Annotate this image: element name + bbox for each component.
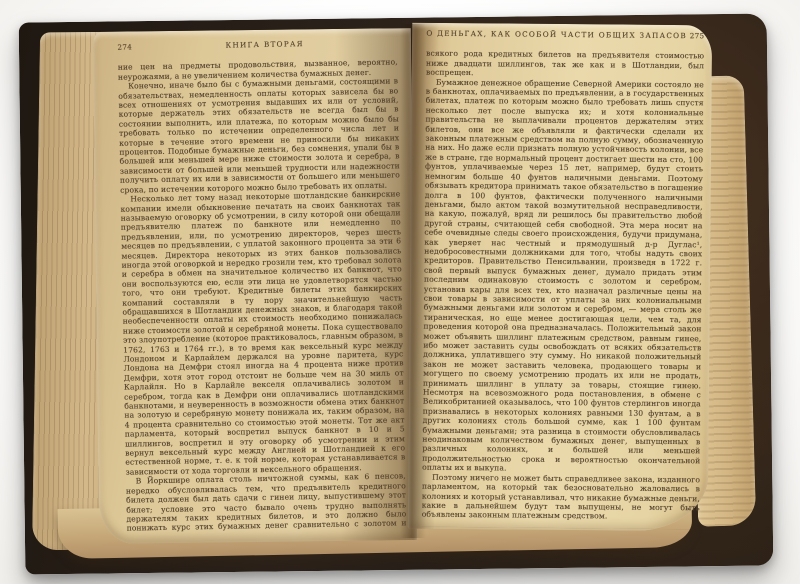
- left-page-text: 274 КНИГА ВТОРАЯ ние цен на предметы про…: [117, 37, 406, 532]
- right-running-head-row: О ДЕНЬГАХ, КАК ОСОБОЙ ЧАСТИ ОБЩИХ ЗАПАСО…: [426, 29, 704, 41]
- body-text-paragraph: Несколько лет тому назад некоторые шотла…: [120, 189, 405, 477]
- body-text-paragraph: Конечно, иначе было бы с бумажными деньг…: [118, 77, 400, 195]
- body-text-paragraph: В Йоркшире оплата столь ничтожной суммы,…: [126, 472, 407, 533]
- right-page-text: О ДЕНЬГАХ, КАК ОСОБОЙ ЧАСТИ ОБЩИХ ЗАПАСО…: [422, 29, 705, 530]
- right-running-head: О ДЕНЬГАХ, КАК ОСОБОЙ ЧАСТИ ОБЩИХ ЗАПАСО…: [426, 29, 689, 41]
- right-page-number: 275: [690, 31, 705, 41]
- book-photo: 274 КНИГА ВТОРАЯ ние цен на предметы про…: [0, 0, 800, 584]
- body-text-paragraph: Бумажное денежное обращение Северной Аме…: [422, 77, 704, 475]
- body-text-paragraph: всякого рода кредитных билетов на предъя…: [426, 49, 704, 80]
- left-page-number: 274: [117, 42, 132, 52]
- body-text-paragraph: Поэтому ничего не может быть справедливе…: [422, 472, 700, 522]
